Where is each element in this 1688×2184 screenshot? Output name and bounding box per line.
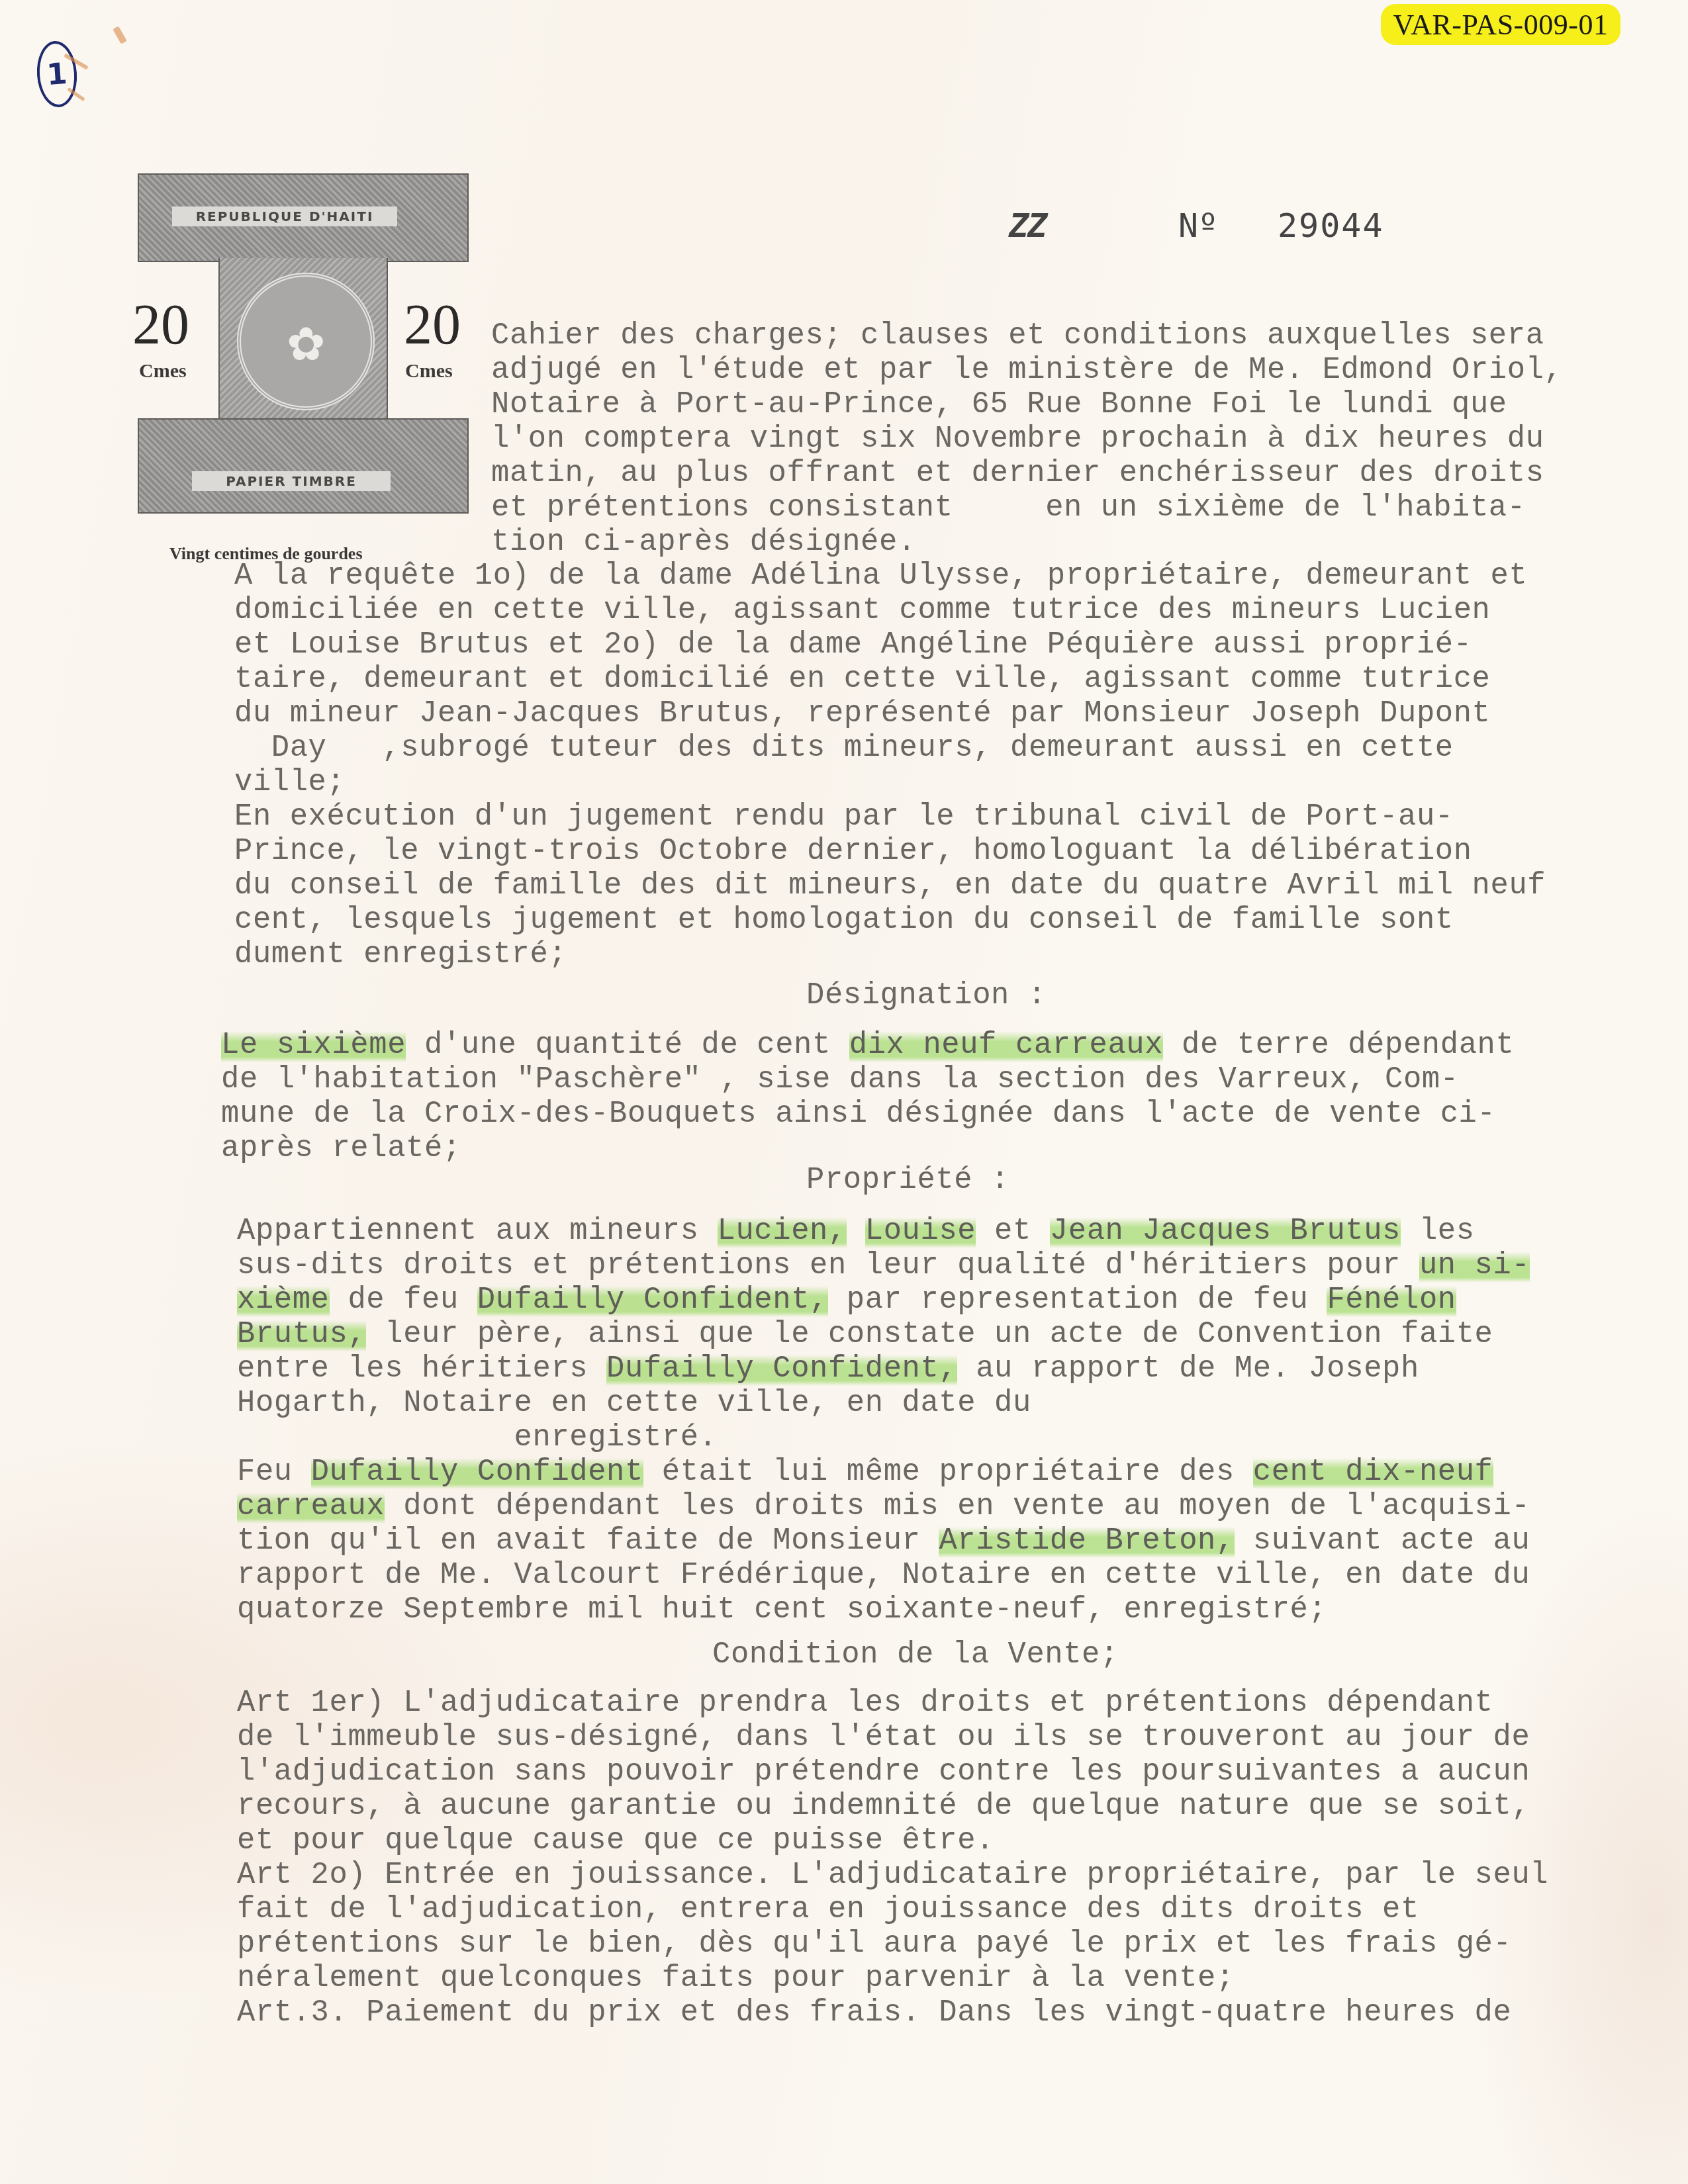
text-line: En exécution d'un jugement rendu par le …	[234, 799, 1546, 834]
text-line: Cahier des charges; clauses et condition…	[491, 318, 1562, 353]
highlight-mark: Le sixième	[221, 1028, 406, 1062]
stamp-banner-bottom: PAPIER TIMBRE	[192, 471, 391, 491]
highlight-mark: xième	[237, 1283, 330, 1317]
text-line: Brutus, leur père, ainsi que le constate…	[237, 1317, 1530, 1351]
stamp-bottom-band	[138, 418, 469, 514]
text-line: Art.3. Paiement du prix et des frais. Da…	[237, 1995, 1548, 2030]
rust-stain	[113, 26, 127, 44]
text-line: Appartiennent aux mineurs Lucien, Louise…	[237, 1214, 1530, 1248]
text-line: Le sixième d'une quantité de cent dix ne…	[221, 1028, 1514, 1062]
request-paragraph: A la requête 1o) de la dame Adélina Ulys…	[234, 559, 1546, 972]
highlight-mark: Dufailly Confident,	[606, 1351, 957, 1386]
text-line: ville;	[234, 765, 1546, 799]
fiscal-stamp: REPUBLIQUE D'HAITI ✿ PAPIER TIMBRE 20 20…	[132, 173, 477, 531]
highlight-mark: Aristide Breton,	[939, 1524, 1234, 1558]
text-line: dument enregistré;	[234, 937, 1546, 972]
serial-number: 29044	[1278, 206, 1384, 245]
highlight-mark: Jean Jacques Brutus	[1050, 1214, 1401, 1248]
stamp-value-right: 20	[404, 291, 461, 357]
text-line: Notaire à Port-au-Prince, 65 Rue Bonne F…	[491, 387, 1562, 422]
condition-paragraph: Art 1er) L'adjudicataire prendra les dro…	[237, 1686, 1548, 2030]
stamp-value-left: 20	[132, 291, 189, 357]
text-line: du mineur Jean-Jacques Brutus, représent…	[234, 696, 1546, 731]
highlight-mark: un si-	[1419, 1248, 1530, 1283]
page-number-mark: 1	[35, 40, 79, 109]
section-title-designation: Désignation :	[806, 978, 1047, 1013]
highlight-mark: Dufailly Confident,	[477, 1283, 828, 1317]
text-line: adjugé en l'étude et par le ministère de…	[491, 353, 1562, 387]
text-line: et Louise Brutus et 2o) de la dame Angél…	[234, 627, 1546, 662]
text-line: quatorze Septembre mil huit cent soixant…	[237, 1592, 1530, 1627]
intro-paragraph: Cahier des charges; clauses et condition…	[491, 318, 1562, 559]
text-line: prétentions sur le bien, dès qu'il aura …	[237, 1927, 1548, 1961]
stamp-banner-top: REPUBLIQUE D'HAITI	[172, 206, 397, 226]
text-line: cent, lesquels jugement et homologation …	[234, 903, 1546, 937]
text-line: du conseil de famille des dit mineurs, e…	[234, 868, 1546, 903]
text-line: et prétentions consistant en un sixième …	[491, 490, 1562, 525]
text-line: carreaux dont dépendant les droits mis e…	[237, 1489, 1530, 1524]
designation-paragraph: Le sixième d'une quantité de cent dix ne…	[221, 1028, 1514, 1165]
text-line: de l'immeuble sus-désigné, dans l'état o…	[237, 1720, 1548, 1754]
stamp-unit-right: Cmes	[405, 360, 453, 383]
text-line: taire, demeurant et domicilié en cette v…	[234, 662, 1546, 696]
text-line: l'adjudication sans pouvoir prétendre co…	[237, 1754, 1548, 1789]
text-line: xième de feu Dufailly Confident, par rep…	[237, 1283, 1530, 1317]
text-line: Day ,subrogé tuteur des dits mineurs, de…	[234, 731, 1546, 765]
coat-of-arms-icon: ✿	[237, 273, 375, 410]
highlight-mark: Fénélon	[1327, 1283, 1456, 1317]
text-line: mune de la Croix-des-Bouquets ainsi dési…	[221, 1097, 1514, 1131]
text-line: enregistré.	[237, 1420, 1530, 1455]
text-line: Art 2o) Entrée en jouissance. L'adjudica…	[237, 1858, 1548, 1892]
section-title-condition: Condition de la Vente;	[712, 1637, 1119, 1672]
text-line: tion qu'il en avait faite de Monsieur Ar…	[237, 1524, 1530, 1558]
text-line: Feu Dufailly Confident était lui même pr…	[237, 1455, 1530, 1489]
text-line: domiciliée en cette ville, agissant comm…	[234, 593, 1546, 627]
propriete-paragraph: Appartiennent aux mineurs Lucien, Louise…	[237, 1214, 1530, 1627]
text-line: néralement quelconques faits pour parven…	[237, 1961, 1548, 1995]
highlight-mark: Dufailly Confident	[311, 1455, 643, 1489]
highlight-mark: Brutus,	[237, 1317, 366, 1351]
stamp-unit-left: Cmes	[139, 360, 187, 383]
text-line: Hogarth, Notaire en cette ville, en date…	[237, 1386, 1530, 1420]
text-line: Art 1er) L'adjudicataire prendra les dro…	[237, 1686, 1548, 1720]
serial-series: ZZ	[1009, 206, 1046, 245]
text-line: sus-dits droits et prétentions en leur q…	[237, 1248, 1530, 1283]
text-line: l'on comptera vingt six Novembre prochai…	[491, 422, 1562, 456]
text-line: recours, à aucune garantie ou indemnité …	[237, 1789, 1548, 1823]
highlight-mark: Lucien,	[718, 1214, 847, 1248]
highlight-mark: carreaux	[237, 1489, 385, 1524]
text-line: A la requête 1o) de la dame Adélina Ulys…	[234, 559, 1546, 593]
text-line: et pour quelque cause que ce puisse être…	[237, 1823, 1548, 1858]
text-line: Prince, le vingt-trois Octobre dernier, …	[234, 834, 1546, 868]
highlight-mark: cent dix-neuf	[1253, 1455, 1493, 1489]
text-line: matin, au plus offrant et dernier enchér…	[491, 456, 1562, 490]
highlight-mark: dix neuf carreaux	[849, 1028, 1163, 1062]
section-title-propriete: Propriété :	[806, 1163, 1009, 1197]
text-line: rapport de Me. Valcourt Frédérique, Nota…	[237, 1558, 1530, 1592]
reference-tag: VAR-PAS-009-01	[1381, 4, 1620, 45]
text-line: fait de l'adjudication, entrera en jouis…	[237, 1892, 1548, 1927]
serial-number-label: Nº	[1178, 206, 1218, 245]
text-line: tion ci-après désignée.	[491, 525, 1562, 559]
text-line: entre les héritiers Dufailly Confident, …	[237, 1351, 1530, 1386]
text-line: après relaté;	[221, 1131, 1514, 1165]
highlight-mark: Louise	[865, 1214, 976, 1248]
text-line: de l'habitation "Paschère" , sise dans l…	[221, 1062, 1514, 1097]
